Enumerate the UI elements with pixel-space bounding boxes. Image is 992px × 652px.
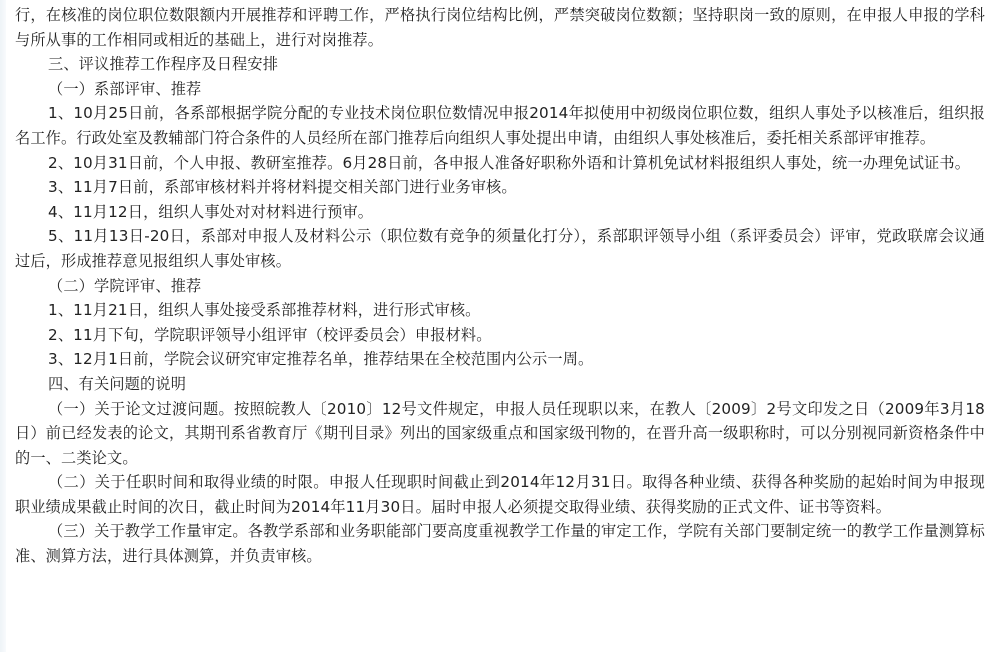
paragraph-teaching-workload: （三）关于教学工作量审定。各教学系部和业务职能部门要高度重视教学工作量的审定工作… (15, 519, 985, 568)
list-item-dept-5: 5、11月13日-20日，系部对申报人及材料公示（职位数有竞争的须量化打分），系… (15, 224, 985, 273)
paragraph-principle: 行，在核准的岗位职位数限额内开展推荐和评聘工作，严格执行岗位结构比例，严禁突破岗… (15, 3, 985, 52)
document-body: 行，在核准的岗位职位数限额内开展推荐和评聘工作，严格执行岗位结构比例，严禁突破岗… (15, 0, 985, 569)
subsection-heading-dept-review: （一）系部评审、推荐 (15, 77, 985, 102)
subsection-heading-college-review: （二）学院评审、推荐 (15, 274, 985, 299)
list-item-dept-1: 1、10月25日前，各系部根据学院分配的专业技术岗位职位数情况申报2014年拟使… (15, 101, 985, 150)
page-left-edge (0, 0, 6, 652)
section-heading-4: 四、有关问题的说明 (15, 372, 985, 397)
paragraph-tenure-deadline: （二）关于任职时间和取得业绩的时限。申报人任现职时间截止到2014年12月31日… (15, 470, 985, 519)
list-item-dept-3: 3、11月7日前，系部审核材料并将材料提交相关部门进行业务审核。 (15, 175, 985, 200)
section-heading-3: 三、评议推荐工作程序及日程安排 (15, 52, 985, 77)
list-item-college-1: 1、11月21日，组织人事处接受系部推荐材料，进行形式审核。 (15, 298, 985, 323)
list-item-college-2: 2、11月下旬，学院职评领导小组评审（校评委员会）申报材料。 (15, 323, 985, 348)
paragraph-thesis-transition: （一）关于论文过渡问题。按照皖教人〔2010〕12号文件规定，申报人员任现职以来… (15, 397, 985, 471)
list-item-dept-4: 4、11月12日，组织人事处对对材料进行预审。 (15, 200, 985, 225)
list-item-dept-2: 2、10月31日前，个人申报、教研室推荐。6月28日前，各申报人准备好职称外语和… (15, 151, 985, 176)
list-item-college-3: 3、12月1日前，学院会议研究审定推荐名单，推荐结果在全校范围内公示一周。 (15, 347, 985, 372)
